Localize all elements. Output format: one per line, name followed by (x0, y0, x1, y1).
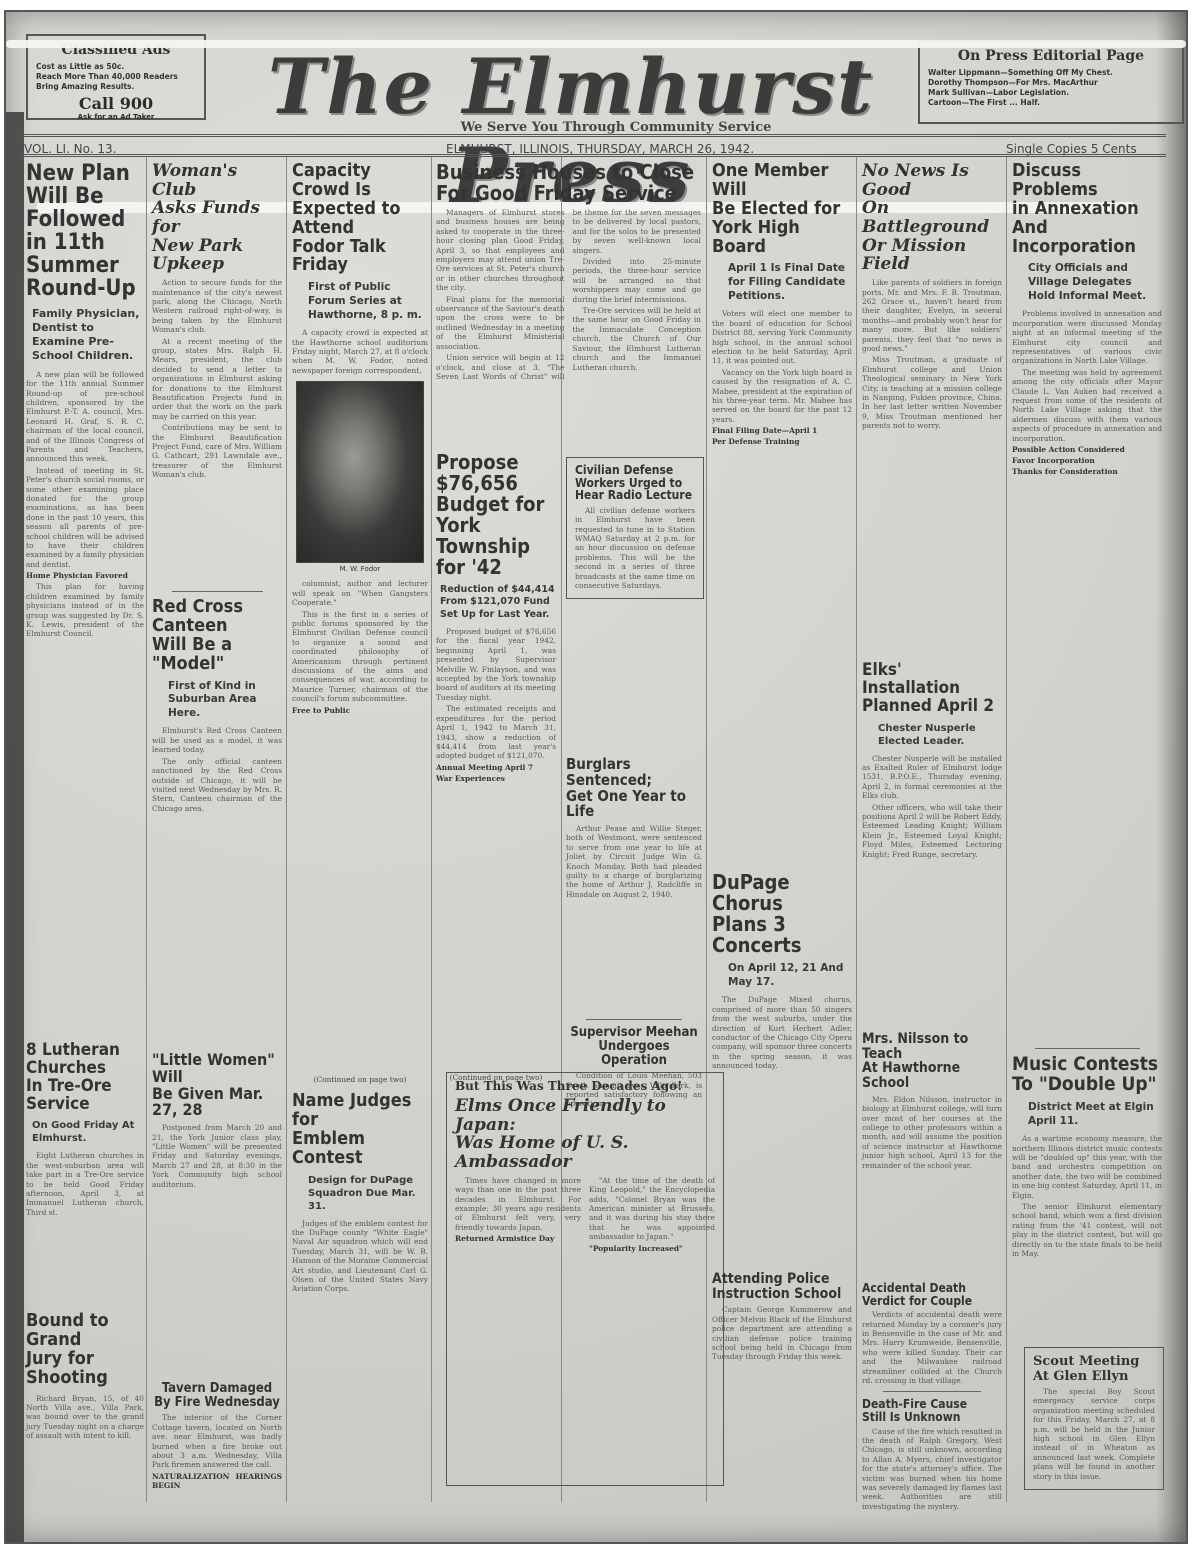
story-mission-field: No News Is GoodOn BattlegroundOr Mission… (862, 162, 1002, 433)
story-accidental-death: Accidental DeathVerdict for Couple Verdi… (862, 1282, 1002, 1513)
story-elks-installation: Elks' InstallationPlanned April 2 Cheste… (862, 662, 1002, 861)
story-business-houses-close: Business Houses to CloseFor Good Friday … (436, 162, 701, 381)
story-elms-japan: But This Was Three Decades Ago! Elms Onc… (446, 1072, 724, 1486)
story-scout-meeting: Scout MeetingAt Glen Ellyn The special B… (1024, 1347, 1164, 1490)
photo-caption: M. W. Fodor (292, 565, 428, 573)
story-summer-roundup: New Plan Will BeFollowed in 11thSummer R… (26, 162, 144, 641)
story-york-high-board: One Member WillBe Elected forYork High B… (712, 162, 852, 448)
motto: We Serve You Through Community Service (426, 120, 806, 135)
call-number: Call 900 (36, 94, 196, 113)
story-discuss-problems: Discuss Problemsin AnnexationAnd Incorpo… (1012, 162, 1162, 478)
story-lutheran-churches: 8 Lutheran ChurchesIn Tre-Ore Service On… (26, 1042, 144, 1219)
story-womans-club: Woman's ClubAsks Funds forNew Park Upkee… (152, 162, 282, 482)
story-mrs-nilsson: Mrs. Nilsson to TeachAt Hawthorne School… (862, 1032, 1002, 1172)
masthead-rule (22, 134, 1166, 137)
story-civilian-defense: Civilian DefenseWorkers Urged toHear Rad… (566, 457, 704, 599)
headline: New Plan Will BeFollowed in 11thSummer R… (26, 162, 144, 301)
ear-line: Cost as Little as 50c. (36, 62, 196, 72)
story-attending-police: Attending PoliceInstruction School Capta… (712, 1272, 852, 1364)
portrait-photo-fodor (296, 381, 424, 563)
newspaper-page: Classified Ads Cost as Little as 50c. Re… (4, 10, 1188, 1544)
story-york-budget: Propose $76,656Budget for YorkTownship f… (436, 452, 556, 1082)
story-little-women: "Little Women" WillBe Given Mar. 27, 28 … (152, 1052, 282, 1191)
story-death-fire: Death-Fire CauseStill Is Unknown (862, 1398, 1002, 1423)
editorial-page-ear: On Press Editorial Page Walter Lippmann—… (918, 40, 1184, 124)
ear-line: Reach More Than 40,000 Readers (36, 72, 196, 82)
story-music-contests: Music ContestsTo "Double Up" District Me… (1012, 1042, 1162, 1260)
binding-edge (6, 112, 24, 1542)
story-grand-jury: Bound to GrandJury for Shooting Richard … (26, 1312, 144, 1443)
story-burglars-sentenced: Burglars Sentenced;Get One Year to Life … (566, 757, 702, 1111)
story-dupage-chorus: DuPage ChorusPlans 3 Concerts On April 1… (712, 872, 852, 1073)
story-red-cross-canteen: Red Cross CanteenWill Be a "Model" First… (152, 585, 282, 815)
kicker: But This Was Three Decades Ago! (455, 1079, 715, 1093)
story-fodor-talk: Capacity Crowd IsExpected to AttendFodor… (292, 162, 428, 1084)
story-supervisor-meehan: Supervisor MeehanUndergoes Operation (566, 1026, 702, 1067)
story-tavern-fire: Tavern DamagedBy Fire Wednesday The inte… (152, 1382, 282, 1492)
ear-line: Bring Amazing Results. (36, 82, 196, 92)
story-emblem-contest: Name Judges forEmblem Contest Design for… (292, 1092, 428, 1296)
